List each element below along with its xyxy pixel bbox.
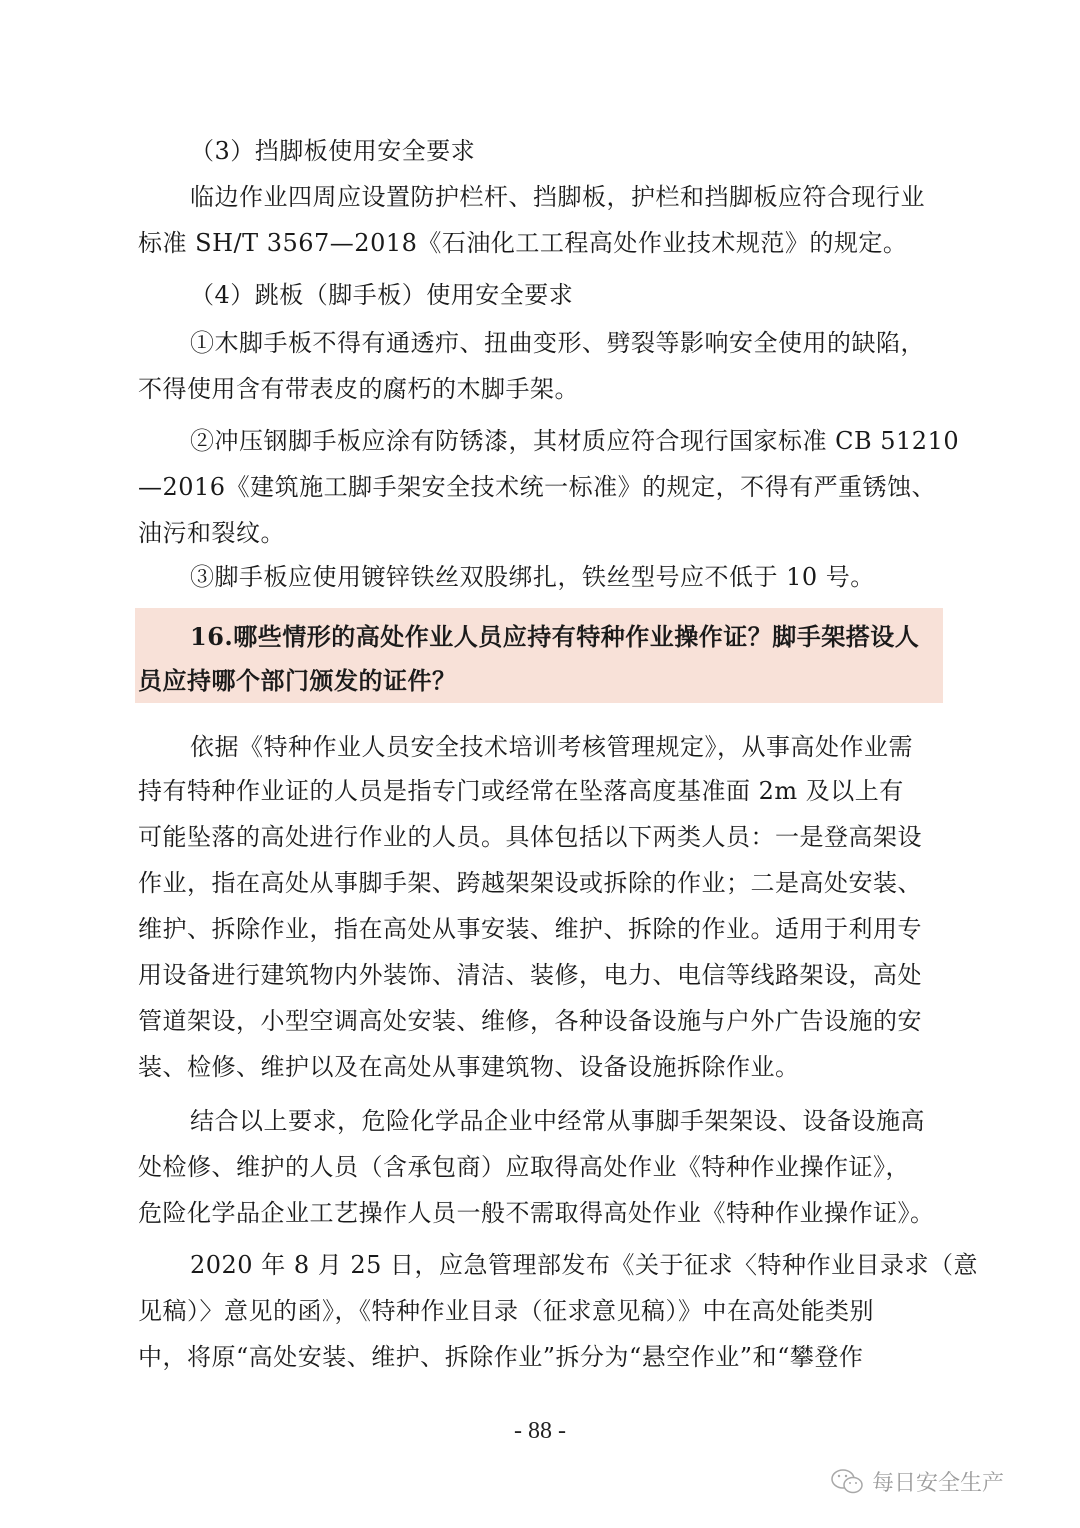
text-line: ②冲压钢脚手板应涂有防锈漆，其材质应符合现行国家标准 CB 51210 [138, 418, 944, 464]
question-heading-line: 员应持哪个部门颁发的证件？ [138, 658, 944, 704]
text-line: 依据《特种作业人员安全技术培训考核管理规定》，从事高处作业需 [138, 724, 944, 770]
text-line: 临边作业四周应设置防护栏杆、挡脚板，护栏和挡脚板应符合现行业 [138, 174, 944, 220]
text-line: 油污和裂纹。 [138, 510, 944, 556]
text-line: （3）挡脚板使用安全要求 [138, 128, 944, 174]
text-line: 管道架设，小型空调高处安装、维修，各种设备设施与户外广告设施的安 [138, 998, 944, 1044]
text-line: —2016《建筑施工脚手架安全技术统一标准》的规定，不得有严重锈蚀、 [138, 464, 944, 510]
text-line: 2020 年 8 月 25 日，应急管理部发布《关于征求〈特种作业目录求（意 [138, 1242, 944, 1288]
watermark-text: 每日安全生产 [872, 1466, 1004, 1497]
text-line: 可能坠落的高处进行作业的人员。具体包括以下两类人员：一是登高架设 [138, 814, 944, 860]
question-heading-line: 16.哪些情形的高处作业人员应持有特种作业操作证？脚手架搭设人 [138, 614, 944, 660]
text-line: 维护、拆除作业，指在高处从事安装、维护、拆除的作业。适用于利用专 [138, 906, 944, 952]
text-line: ③脚手板应使用镀锌铁丝双股绑扎，铁丝型号应不低于 10 号。 [138, 554, 944, 600]
text-line: 不得使用含有带表皮的腐朽的木脚手架。 [138, 366, 944, 412]
text-line: 标准 SH/T 3567—2018《石油化工工程高处作业技术规范》的规定。 [138, 220, 944, 266]
watermark: 每日安全生产 [830, 1466, 1004, 1497]
text-line: 作业，指在高处从事脚手架、跨越架架设或拆除的作业；二是高处安装、 [138, 860, 944, 906]
text-line: 持有特种作业证的人员是指专门或经常在坠落高度基准面 2m 及以上有 [138, 768, 944, 814]
wechat-icon [830, 1467, 866, 1497]
text-line: 见稿）〉意见的函》，《特种作业目录（征求意见稿）》中在高处能类别 [138, 1288, 944, 1334]
text-line: （4）跳板（脚手板）使用安全要求 [138, 272, 944, 318]
text-line: 中，将原“高处安装、维护、拆除作业”拆分为“悬空作业”和“攀登作 [138, 1334, 944, 1380]
text-line: 用设备进行建筑物内外装饰、清洁、装修，电力、电信等线路架设，高处 [138, 952, 944, 998]
text-line: 危险化学品企业工艺操作人员一般不需取得高处作业《特种作业操作证》。 [138, 1190, 944, 1236]
text-line: 结合以上要求，危险化学品企业中经常从事脚手架架设、设备设施高 [138, 1098, 944, 1144]
page-number: - 88 - [0, 1418, 1080, 1445]
text-line: ①木脚手板不得有通透疖、扭曲变形、劈裂等影响安全使用的缺陷， [138, 320, 944, 366]
text-line: 处检修、维护的人员（含承包商）应取得高处作业《特种作业操作证》， [138, 1144, 944, 1190]
text-line: 装、检修、维护以及在高处从事建筑物、设备设施拆除作业。 [138, 1044, 944, 1090]
